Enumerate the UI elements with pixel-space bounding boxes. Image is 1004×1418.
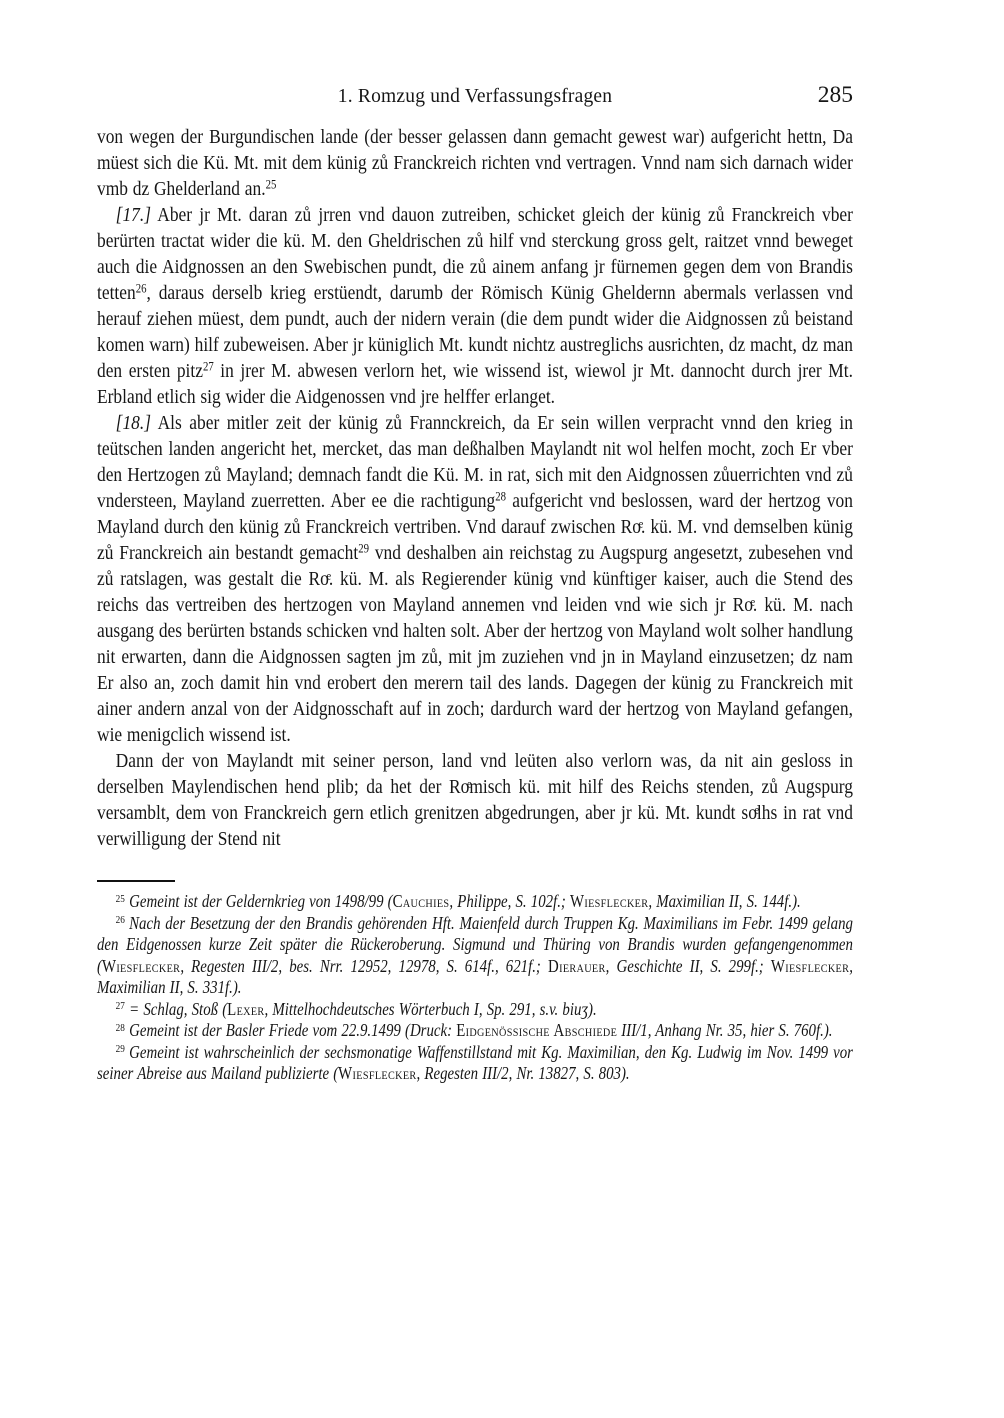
footnote-separator-rule bbox=[97, 880, 175, 882]
text-run: Dann der von Maylandt mit seiner person,… bbox=[97, 750, 853, 850]
footnote-marker: 29 bbox=[116, 1043, 125, 1055]
footnote: 29Gemeint ist wahrscheinlich der sechsmo… bbox=[97, 1042, 853, 1085]
text-run: , Philippe, S. 102f.; bbox=[449, 891, 570, 911]
paragraph: von wegen der Burgundischen lande (der b… bbox=[97, 124, 853, 202]
footnote-marker: 27 bbox=[116, 1000, 125, 1012]
footnote-marker: 25 bbox=[116, 893, 125, 905]
footnote-ref: 26 bbox=[136, 282, 147, 296]
text-run: vnd deshalben ain reichstag zu Augspurg … bbox=[97, 542, 853, 746]
page-number: 285 bbox=[818, 82, 853, 109]
cited-author: Eidgenössische Abschiede bbox=[456, 1020, 617, 1040]
book-page: 1. Romzug und Verfassungsfragen 285 von … bbox=[0, 0, 1004, 1418]
paragraph: [18.] Als aber mitler zeit der künig zů … bbox=[97, 410, 853, 748]
paragraph: [17.] Aber jr Mt. daran zů jrren vnd dau… bbox=[97, 202, 853, 410]
paragraph-number: [17.] bbox=[116, 204, 151, 226]
text-run: , Regesten III/2, Nr. 13827, S. 803). bbox=[417, 1063, 630, 1083]
running-header-title: 1. Romzug und Verfassungsfragen bbox=[338, 86, 612, 108]
footnote: 26Nach der Besetzung der den Brandis geh… bbox=[97, 913, 853, 999]
text-run: , Regesten III/2, bes. Nrr. 12952, 12978… bbox=[180, 956, 548, 976]
footnote-ref: 29 bbox=[358, 542, 369, 556]
paragraph: Dann der von Maylandt mit seiner person,… bbox=[97, 748, 853, 852]
footnote-ref: 27 bbox=[203, 360, 214, 374]
footnote-list: 25Gemeint ist der Geldernkrieg von 1498/… bbox=[97, 891, 853, 1085]
footnote-ref: 25 bbox=[266, 178, 277, 192]
text-run: , Geschichte II, S. 299f.; bbox=[606, 956, 771, 976]
text-run: III/1, Anhang Nr. 35, hier S. 760f.). bbox=[617, 1020, 832, 1040]
footnote-ref: 28 bbox=[495, 490, 506, 504]
footnotes-section: 25Gemeint ist der Geldernkrieg von 1498/… bbox=[97, 880, 853, 1085]
paragraph-number: [18.] bbox=[116, 412, 151, 434]
body-text-block: von wegen der Burgundischen lande (der b… bbox=[97, 124, 853, 852]
footnote: 27= Schlag, Stoß (Lexer, Mittelhochdeuts… bbox=[97, 999, 853, 1021]
text-run: = Schlag, Stoß ( bbox=[129, 999, 227, 1019]
cited-author: Lexer bbox=[227, 999, 264, 1019]
footnote-marker: 26 bbox=[116, 914, 125, 926]
text-run: , Mittelhochdeutsches Wörterbuch I, Sp. … bbox=[265, 999, 597, 1019]
text-run: Gemeint ist der Basler Friede vom 22.9.1… bbox=[129, 1020, 456, 1040]
cited-author: Wiesflecker bbox=[102, 956, 180, 976]
footnote-marker: 28 bbox=[116, 1022, 125, 1034]
paragraphs: von wegen der Burgundischen lande (der b… bbox=[97, 124, 853, 852]
text-run: Gemeint ist der Geldernkrieg von 1498/99… bbox=[129, 891, 392, 911]
type-area: 1. Romzug und Verfassungsfragen 285 von … bbox=[97, 0, 853, 1085]
running-head: 1. Romzug und Verfassungsfragen 285 bbox=[97, 82, 853, 109]
footnote: 28Gemeint ist der Basler Friede vom 22.9… bbox=[97, 1020, 853, 1042]
footnote: 25Gemeint ist der Geldernkrieg von 1498/… bbox=[97, 891, 853, 913]
cited-author: Dierauer bbox=[548, 956, 606, 976]
cited-author: Wiesflecker bbox=[771, 956, 849, 976]
cited-author: Wiesflecker bbox=[338, 1063, 416, 1083]
cited-author: Cauchies bbox=[393, 891, 450, 911]
text-run: , Maximilian II, S. 144f.). bbox=[648, 891, 800, 911]
cited-author: Wiesflecker bbox=[570, 891, 648, 911]
text-run: von wegen der Burgundischen lande (der b… bbox=[97, 126, 853, 200]
